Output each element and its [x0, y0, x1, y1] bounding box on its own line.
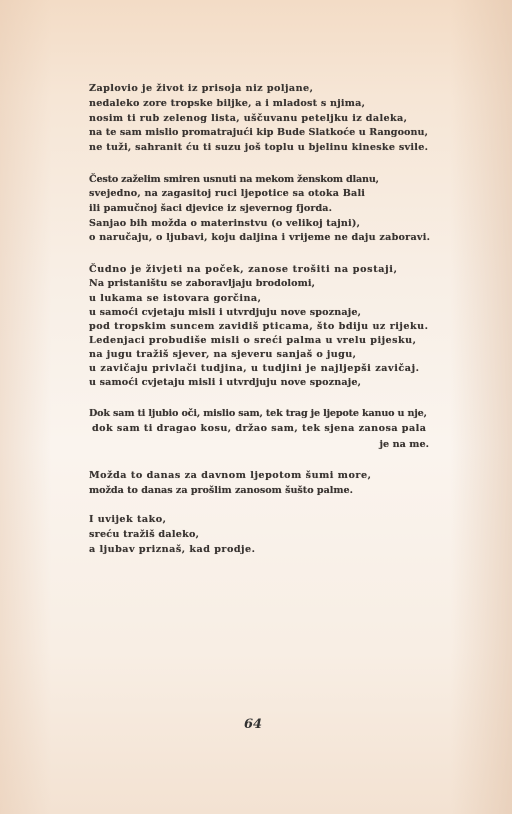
book-page: Zaplovio je život iz prisoja niz poljane…	[0, 0, 512, 814]
poem-line: u samoći cvjetaju misli i utvrdjuju nove…	[89, 307, 361, 319]
poem-line: Dok sam ti ljubio oči, mislio sam, tek t…	[89, 408, 427, 420]
poem-line: u samoći cvjetaju misli i utvrdjuju nove…	[89, 377, 361, 389]
poem-line-continuation: je na me.	[380, 439, 430, 451]
poem-line: Ledenjaci probudiše misli o sreći palma …	[89, 335, 416, 347]
page-number: 64	[244, 717, 262, 732]
poem-line: nedaleko zore tropske biljke, a i mlados…	[89, 98, 365, 110]
poem-line: nosim ti rub zelenog lista, uščuvanu pet…	[89, 113, 407, 125]
poem-line: sreću tražiš daleko,	[89, 529, 199, 541]
poem-line: Često zaželim smiren usnuti na mekom žen…	[89, 174, 379, 186]
poem-line: Sanjao bih možda o materinstvu (o veliko…	[89, 218, 360, 230]
poem-line: Možda to danas za davnom ljepotom šumi m…	[89, 470, 371, 482]
poem-line: dok sam ti dragao kosu, držao sam, tek s…	[92, 423, 426, 435]
poem-line: ne tuži, sahranit ću ti suzu još toplu u…	[89, 142, 428, 154]
poem-line: možda to danas za prošlim zanosom šušto …	[89, 485, 353, 497]
poem-line: na te sam mislio promatrajući kip Bude S…	[89, 127, 428, 139]
poem-line: Čudno je živjeti na poček, zanose trošit…	[89, 264, 398, 276]
poem-line: svejedno, na zagasitoj ruci ljepotice sa…	[89, 188, 365, 200]
poem-line: na jugu tražiš sjever, na sjeveru sanjaš…	[89, 349, 356, 361]
poem-line: u zavičaju privlači tudjina, u tudjini j…	[89, 363, 420, 375]
poem-line: Zaplovio je život iz prisoja niz poljane…	[89, 83, 313, 95]
poem-line: o naručaju, o ljubavi, koju daljina i vr…	[89, 232, 430, 244]
poem-line: ili pamučnoj šaci djevice iz sjevernog f…	[89, 203, 332, 215]
poem-line: a ljubav priznaš, kad prodje.	[89, 544, 255, 556]
poem-line: Na pristaništu se zaboravljaju brodolomi…	[89, 278, 315, 290]
poem-line: I uvijek tako,	[89, 514, 166, 526]
poem-line: u lukama se istovara gorčina,	[89, 293, 261, 305]
poem-line: pod tropskim suncem zavidiš pticama, što…	[89, 321, 428, 333]
